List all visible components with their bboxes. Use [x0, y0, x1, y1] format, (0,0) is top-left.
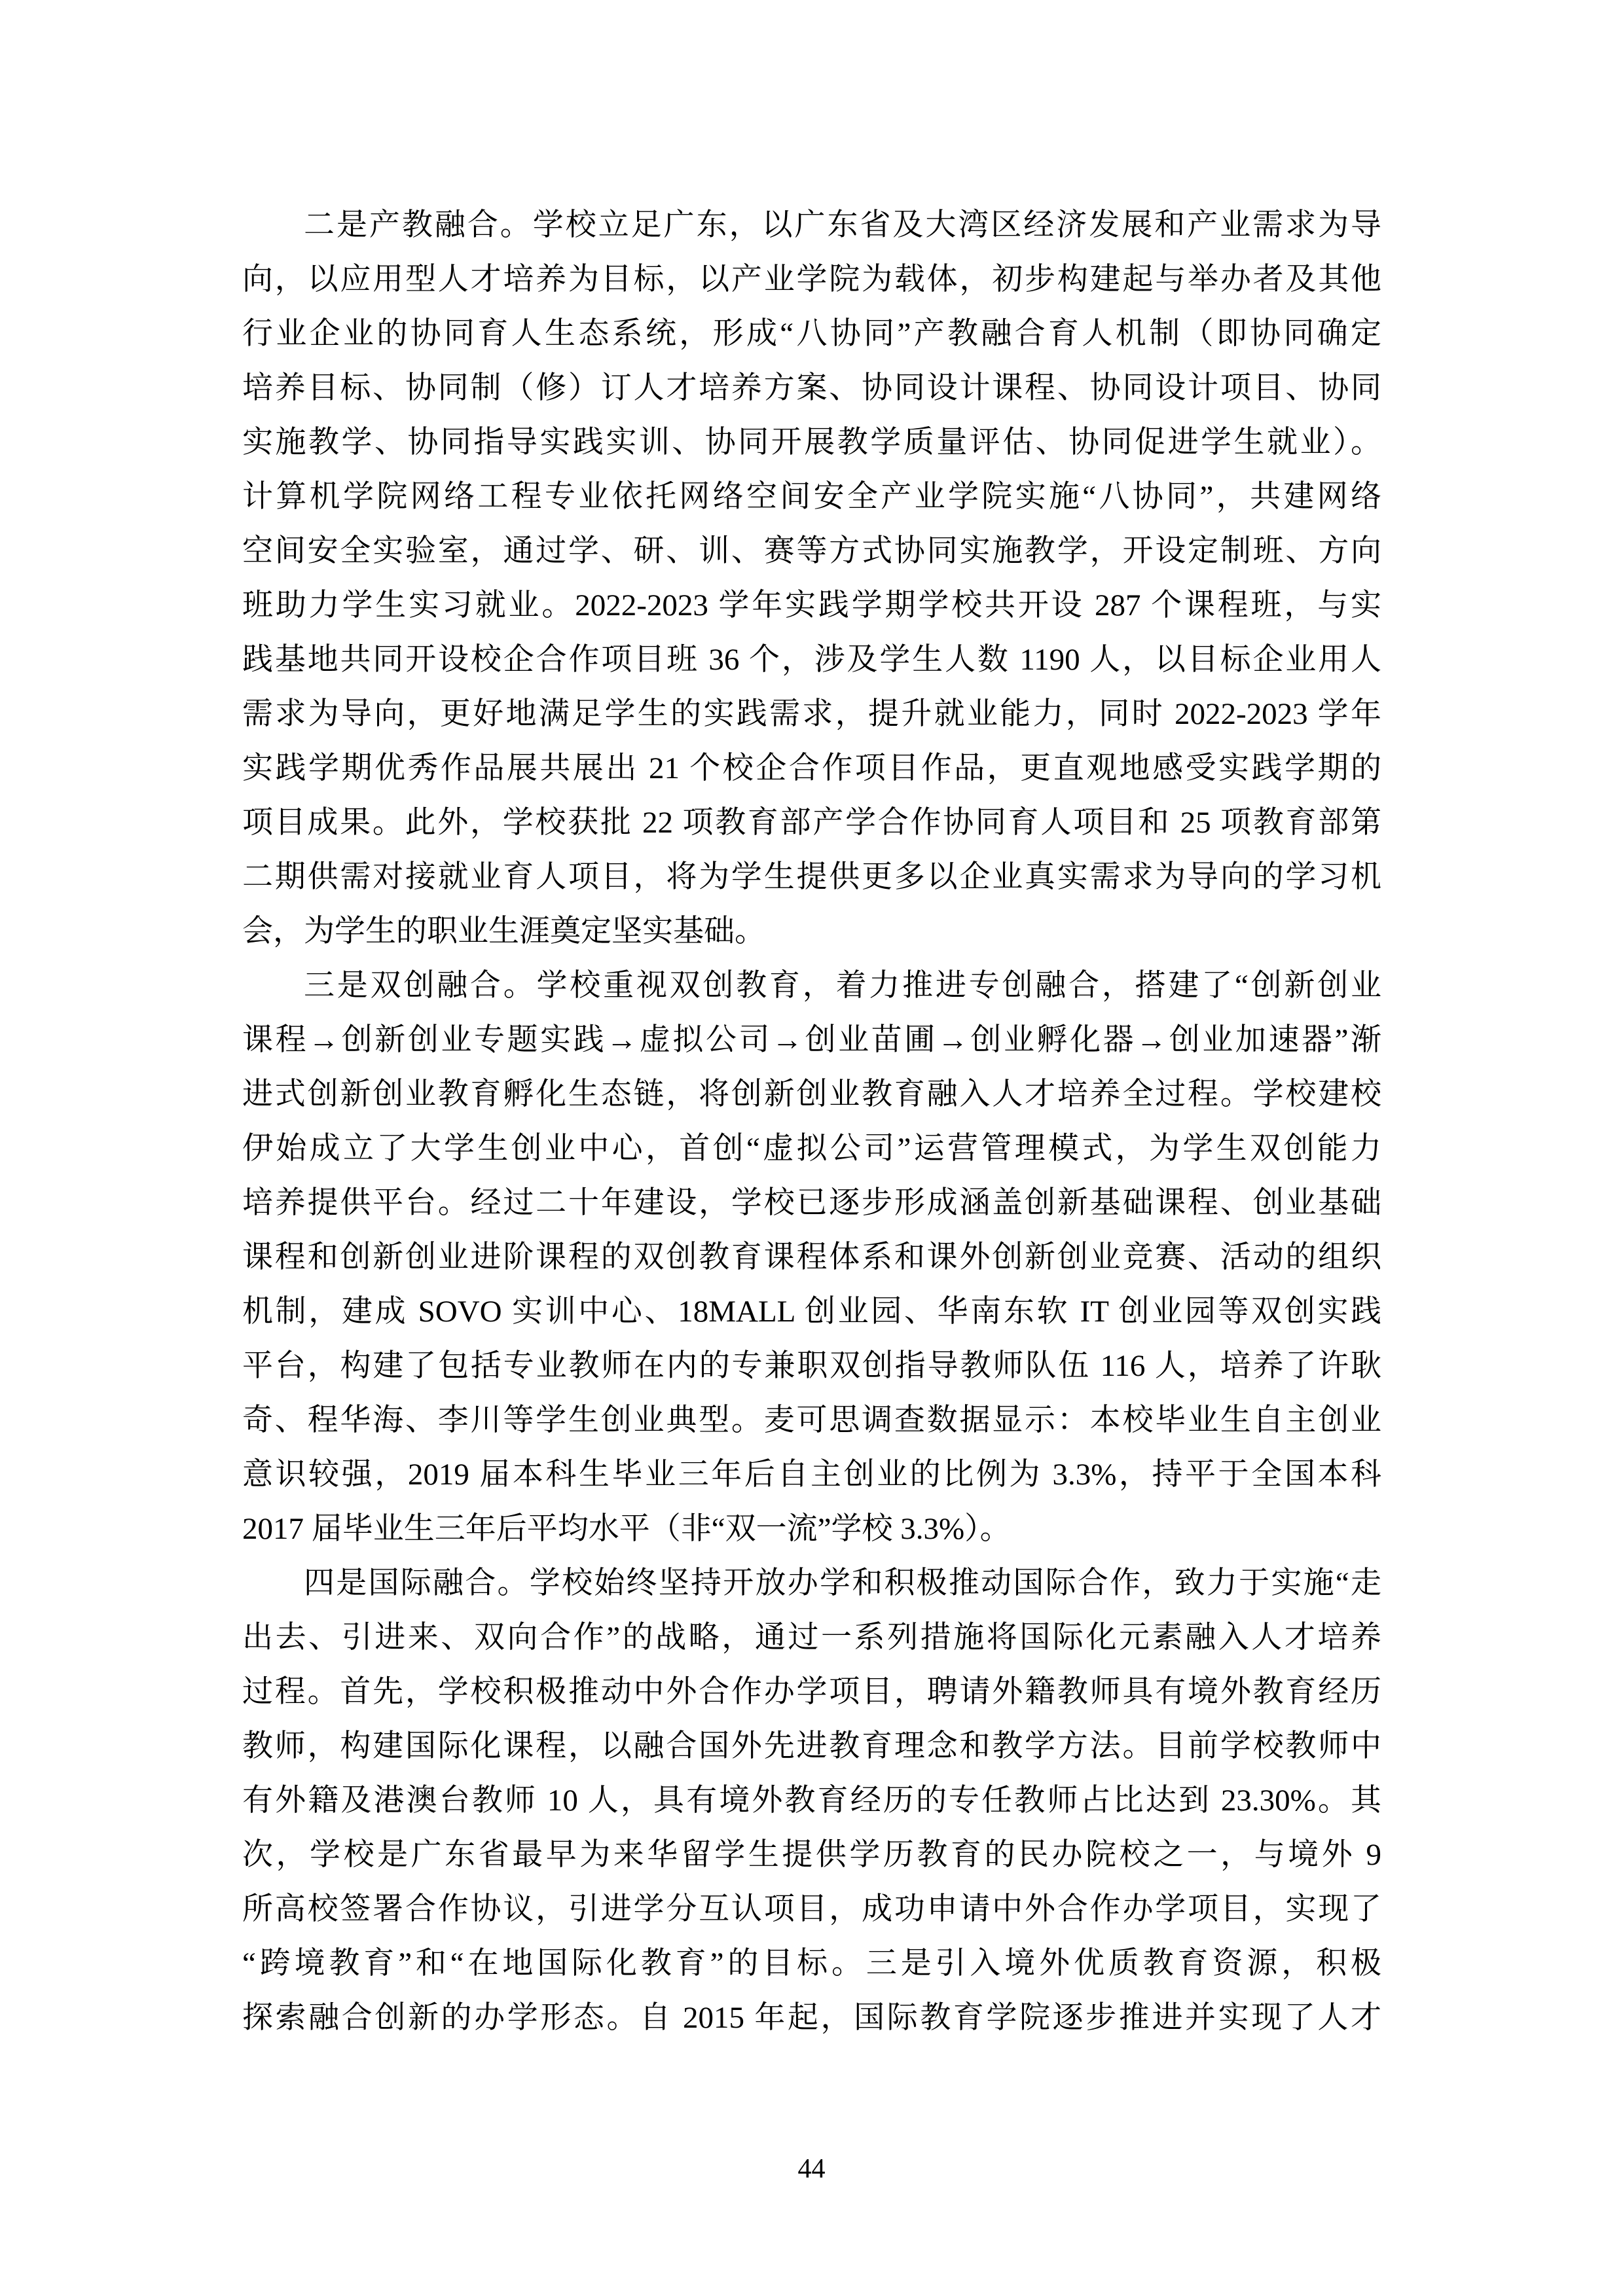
text-line: 意识较强，2019 届本科生毕业三年后自主创业的比例为 3.3%，持平于全国本科 [242, 1448, 1381, 1502]
text-line: 行业企业的协同育人生态系统，形成“八协同”产教融合育人机制（即协同确定 [242, 307, 1381, 361]
text-line: 向，以应用型人才培养为目标，以产业学院为载体，初步构建起与举办者及其他 [242, 253, 1381, 307]
text-line: 课程→创新创业专题实践→虚拟公司→创业苗圃→创业孵化器→创业加速器”渐 [242, 1013, 1381, 1067]
text-line: 进式创新创业教育孵化生态链，将创新创业教育融入人才培养全过程。学校建校 [242, 1067, 1381, 1122]
text-line: 实施教学、协同指导实践实训、协同开展教学质量评估、协同促进学生就业）。 [242, 416, 1381, 470]
paragraph: 四是国际融合。学校始终坚持开放办学和积极推动国际合作，致力于实施“走出去、引进来… [242, 1556, 1381, 2045]
text-line: 平台，构建了包括专业教师在内的专兼职双创指导教师队伍 116 人，培养了许耿 [242, 1339, 1381, 1393]
text-line: 项目成果。此外，学校获批 22 项教育部产学合作协同育人项目和 25 项教育部第 [242, 796, 1381, 850]
text-line: 会，为学生的职业生涯奠定坚实基础。 [242, 905, 1381, 959]
text-line: 奇、程华海、李川等学生创业典型。麦可思调查数据显示：本校毕业生自主创业 [242, 1393, 1381, 1448]
text-line: 机制，建成 SOVO 实训中心、18MALL 创业园、华南东软 IT 创业园等双… [242, 1285, 1381, 1339]
text-line: 班助力学生实习就业。2022-2023 学年实践学期学校共开设 287 个课程班… [242, 579, 1381, 633]
text-line: 培养提供平台。经过二十年建设，学校已逐步形成涵盖创新基础课程、创业基础 [242, 1176, 1381, 1230]
text-line: 过程。首先，学校积极推动中外合作办学项目，聘请外籍教师具有境外教育经历 [242, 1665, 1381, 1719]
text-line: 培养目标、协同制（修）订人才培养方案、协同设计课程、协同设计项目、协同 [242, 361, 1381, 416]
document-page: 二是产教融合。学校立足广东，以广东省及大湾区经济发展和产业需求为导向，以应用型人… [0, 0, 1623, 2296]
paragraph: 二是产教融合。学校立足广东，以广东省及大湾区经济发展和产业需求为导向，以应用型人… [242, 198, 1381, 959]
text-line: 课程和创新创业进阶课程的双创教育课程体系和课外创新创业竞赛、活动的组织 [242, 1230, 1381, 1285]
text-line: 教师，构建国际化课程，以融合国外先进教育理念和教学方法。目前学校教师中 [242, 1719, 1381, 1774]
page-number: 44 [0, 2152, 1623, 2186]
text-line: “跨境教育”和“在地国际化教育”的目标。三是引入境外优质教育资源，积极 [242, 1937, 1381, 1991]
body-text: 二是产教融合。学校立足广东，以广东省及大湾区经济发展和产业需求为导向，以应用型人… [242, 198, 1381, 2045]
text-line: 四是国际融合。学校始终坚持开放办学和积极推动国际合作，致力于实施“走 [242, 1556, 1381, 1611]
text-line: 二是产教融合。学校立足广东，以广东省及大湾区经济发展和产业需求为导 [242, 198, 1381, 253]
text-line: 实践学期优秀作品展共展出 21 个校企合作项目作品，更直观地感受实践学期的 [242, 742, 1381, 796]
paragraph: 三是双创融合。学校重视双创教育，着力推进专创融合，搭建了“创新创业课程→创新创业… [242, 959, 1381, 1556]
text-line: 2017 届毕业生三年后平均水平（非“双一流”学校 3.3%）。 [242, 1502, 1381, 1556]
text-line: 探索融合创新的办学形态。自 2015 年起，国际教育学院逐步推进并实现了人才 [242, 1991, 1381, 2045]
text-line: 需求为导向，更好地满足学生的实践需求，提升就业能力，同时 2022-2023 学… [242, 687, 1381, 742]
text-line: 有外籍及港澳台教师 10 人，具有境外教育经历的专任教师占比达到 23.30%。… [242, 1774, 1381, 1828]
text-line: 空间安全实验室，通过学、研、训、赛等方式协同实施教学，开设定制班、方向 [242, 524, 1381, 579]
text-line: 出去、引进来、双向合作”的战略，通过一系列措施将国际化元素融入人才培养 [242, 1611, 1381, 1665]
text-line: 次，学校是广东省最早为来华留学生提供学历教育的民办院校之一，与境外 9 [242, 1828, 1381, 1882]
text-line: 三是双创融合。学校重视双创教育，着力推进专创融合，搭建了“创新创业 [242, 959, 1381, 1013]
text-line: 伊始成立了大学生创业中心，首创“虚拟公司”运营管理模式，为学生双创能力 [242, 1122, 1381, 1176]
text-line: 计算机学院网络工程专业依托网络空间安全产业学院实施“八协同”，共建网络 [242, 470, 1381, 524]
text-line: 所高校签署合作协议，引进学分互认项目，成功申请中外合作办学项目，实现了 [242, 1882, 1381, 1937]
text-line: 二期供需对接就业育人项目，将为学生提供更多以企业真实需求为导向的学习机 [242, 850, 1381, 905]
text-line: 践基地共同开设校企合作项目班 36 个，涉及学生人数 1190 人，以目标企业用… [242, 633, 1381, 687]
